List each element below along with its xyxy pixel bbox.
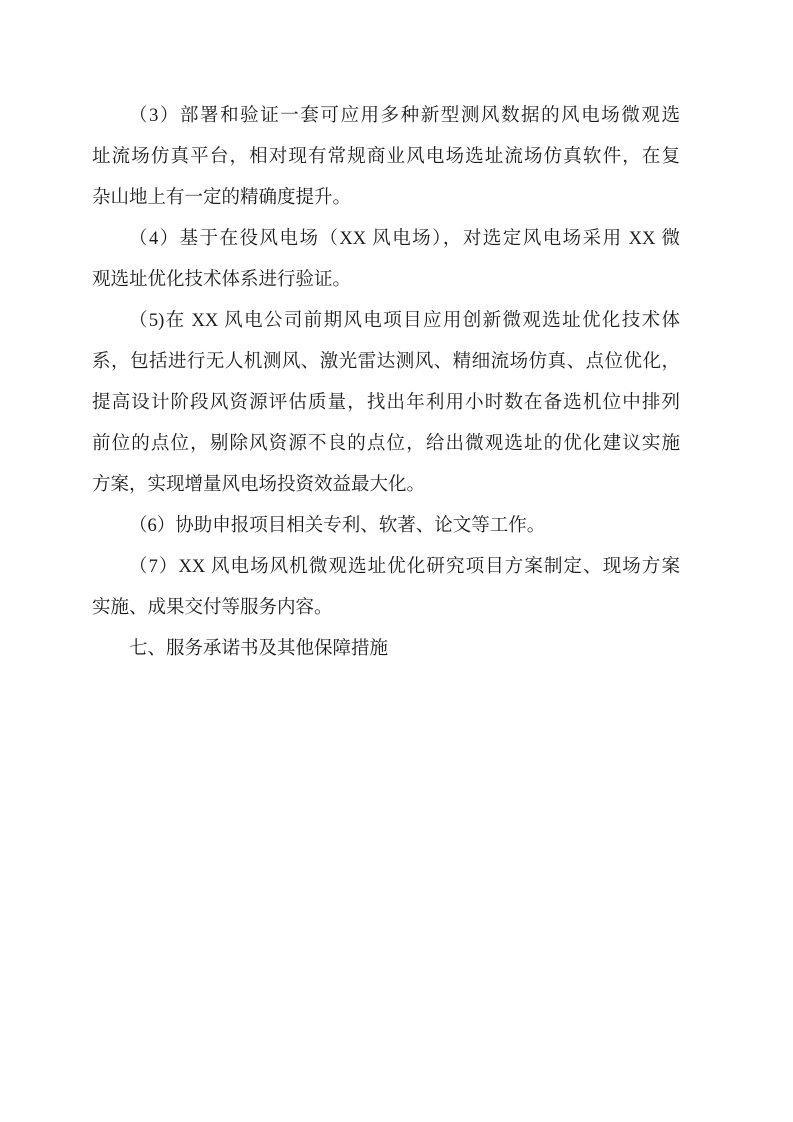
text-line: 系，包括进行无人机测风、激光雷达测风、精细流场仿真、点位优化， bbox=[92, 342, 680, 383]
text-line: 址流场仿真平台，相对现有常规商业风电场选址流场仿真软件，在复 bbox=[92, 137, 680, 178]
text-line: 前位的点位，剔除风资源不良的点位，给出微观选址的优化建议实施 bbox=[92, 424, 680, 465]
text-line: （4）基于在役风电场（XX 风电场），对选定风电场采用 XX 微 bbox=[92, 219, 680, 260]
paragraph-item-4: （4）基于在役风电场（XX 风电场），对选定风电场采用 XX 微 观选址优化技术… bbox=[92, 219, 680, 301]
document-page: （3）部署和验证一套可应用多种新型测风数据的风电场微观选 址流场仿真平台，相对现… bbox=[0, 0, 793, 1122]
paragraph-item-7: （7）XX 风电场风机微观选址优化研究项目方案制定、现场方案 实施、成果交付等服… bbox=[92, 547, 680, 629]
text-line: （6）协助申报项目相关专利、软著、论文等工作。 bbox=[92, 506, 680, 547]
text-line: 方案，实现增量风电场投资效益最大化。 bbox=[92, 465, 680, 506]
text-line: 实施、成果交付等服务内容。 bbox=[92, 588, 680, 629]
section-heading: 七、服务承诺书及其他保障措施 bbox=[92, 629, 680, 670]
section-heading-text: 七、服务承诺书及其他保障措施 bbox=[92, 629, 680, 670]
text-line: （5)在 XX 风电公司前期风电项目应用创新微观选址优化技术体 bbox=[92, 301, 680, 342]
text-line: （3）部署和验证一套可应用多种新型测风数据的风电场微观选 bbox=[92, 96, 680, 137]
text-line: 提高设计阶段风资源评估质量，找出年利用小时数在备选机位中排列 bbox=[92, 383, 680, 424]
text-line: （7）XX 风电场风机微观选址优化研究项目方案制定、现场方案 bbox=[92, 547, 680, 588]
paragraph-item-5: （5)在 XX 风电公司前期风电项目应用创新微观选址优化技术体 系，包括进行无人… bbox=[92, 301, 680, 506]
paragraph-item-6: （6）协助申报项目相关专利、软著、论文等工作。 bbox=[92, 506, 680, 547]
paragraph-item-3: （3）部署和验证一套可应用多种新型测风数据的风电场微观选 址流场仿真平台，相对现… bbox=[92, 96, 680, 219]
document-content: （3）部署和验证一套可应用多种新型测风数据的风电场微观选 址流场仿真平台，相对现… bbox=[92, 96, 680, 670]
text-line: 杂山地上有一定的精确度提升。 bbox=[92, 178, 680, 219]
text-line: 观选址优化技术体系进行验证。 bbox=[92, 260, 680, 301]
